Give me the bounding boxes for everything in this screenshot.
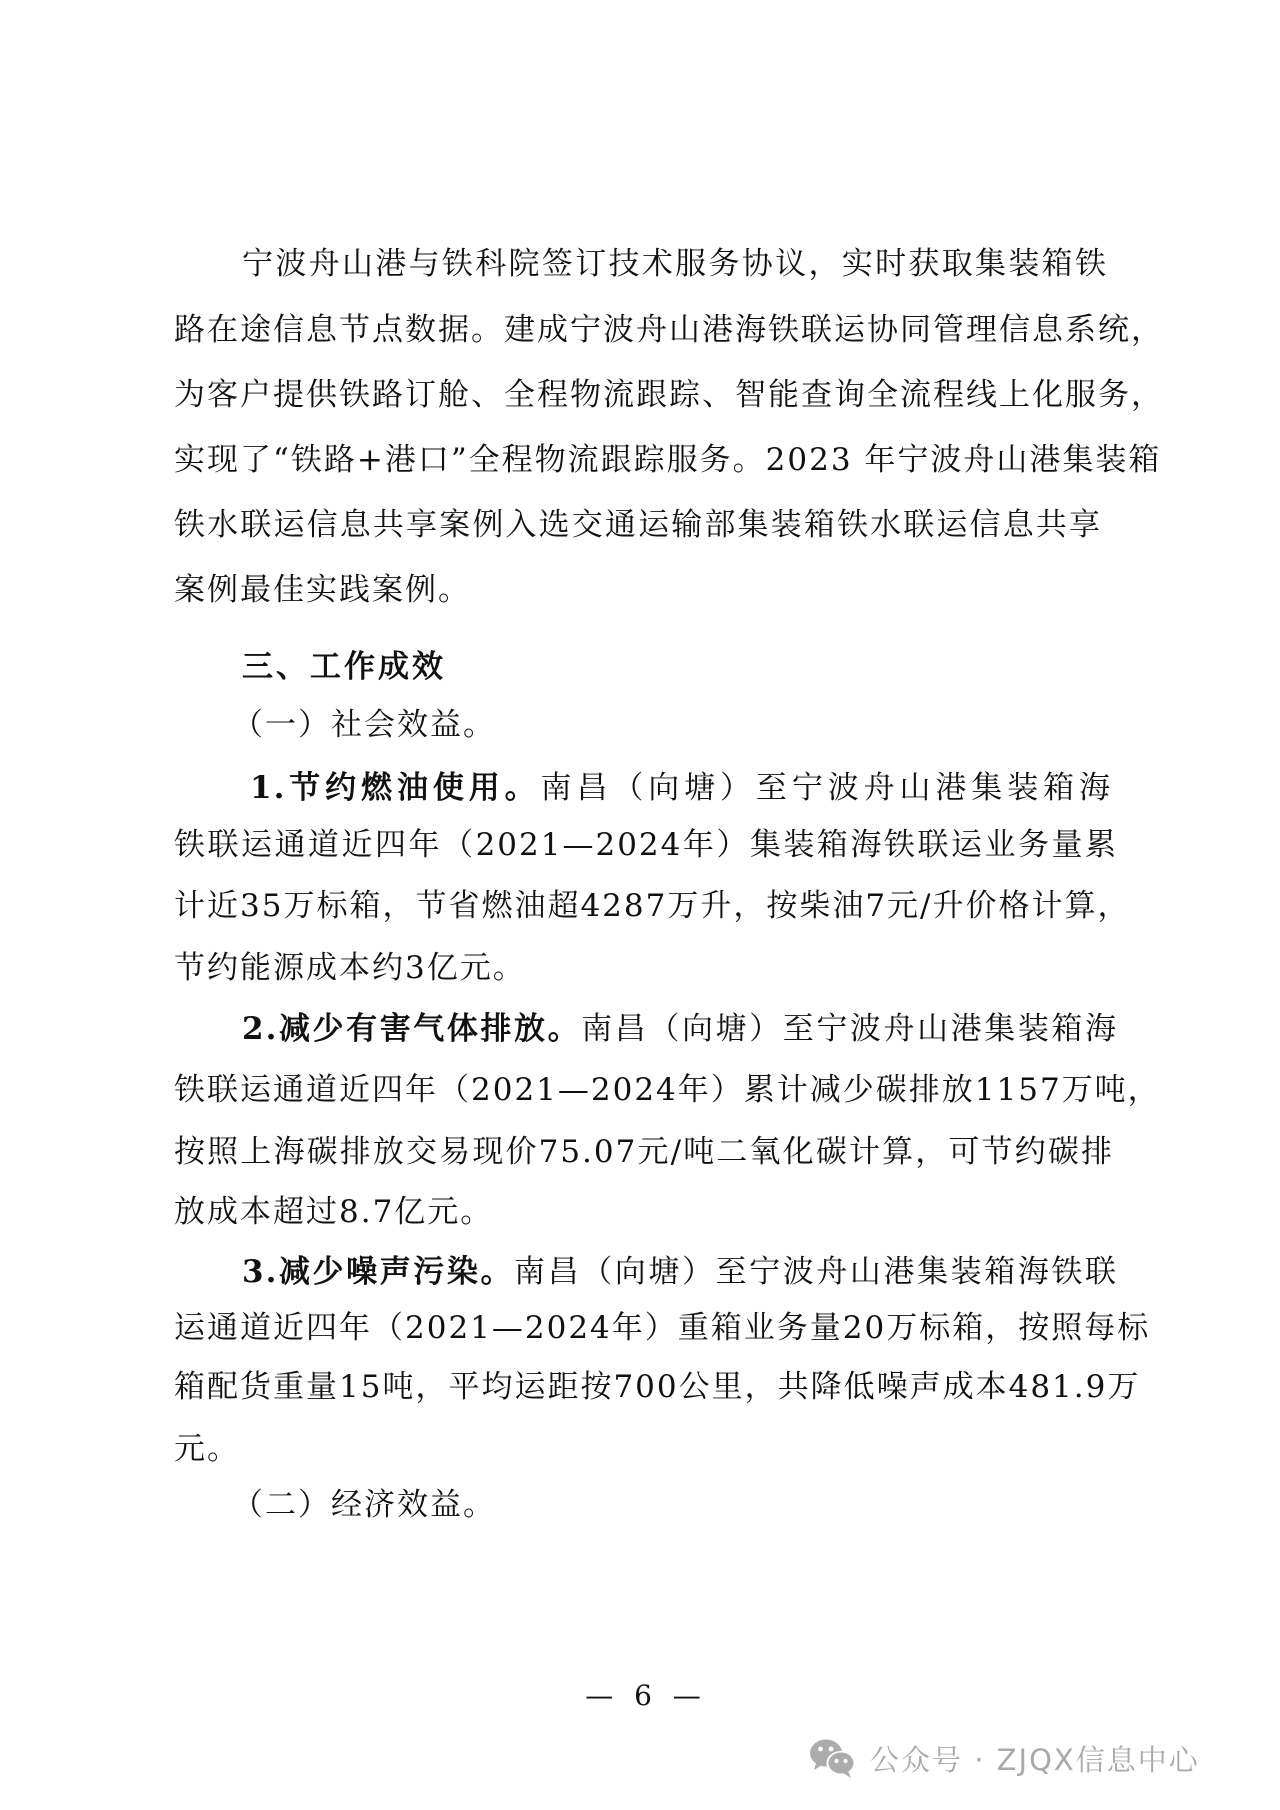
item-line: 按照上海碳排放交易现价75.07元/吨二氧化碳计算，可节约碳排: [174, 1132, 1114, 1172]
subsection-heading: （一）社会效益。: [232, 705, 1190, 745]
document-page: 宁波舟山港与铁科院签订技术服务协议，实时获取集装箱铁 路在途信息节点数据。建成宁…: [0, 0, 1280, 1810]
item-line: 元。: [174, 1429, 1132, 1469]
item-line: 铁联运通道近四年（2021—2024年）累计减少碳排放1157万吨，: [174, 1070, 1120, 1110]
item-first-line: 1.节约燃油使用。南昌（向塘）至宁波舟山港集装箱海: [250, 768, 1112, 808]
item-text: 南昌（向塘）至宁波舟山港集装箱海: [541, 770, 1112, 806]
paragraph-line: 为客户提供铁路订舱、全程物流跟踪、智能查询全流程线上化服务，: [174, 375, 1116, 415]
section-heading: 三、工作成效: [242, 647, 1108, 687]
item-title: 2.减少有害气体排放。: [242, 1011, 581, 1047]
item-text: 南昌（向塘）至宁波舟山港集装箱海铁联: [514, 1254, 1118, 1290]
watermark: 公众号 · ZJQX信息中心: [808, 1736, 1200, 1780]
watermark-text: 公众号 · ZJQX信息中心: [870, 1738, 1200, 1779]
item-line: 运通道近四年（2021—2024年）重箱业务量20万标箱，按照每标: [174, 1308, 1118, 1348]
item-first-line: 3.减少噪声污染。南昌（向塘）至宁波舟山港集装箱海铁联: [242, 1252, 1118, 1292]
page-number: — 6 —: [560, 1676, 732, 1716]
paragraph-line: 路在途信息节点数据。建成宁波舟山港海铁联运协同管理信息系统，: [174, 310, 1132, 350]
item-line: 节约能源成本约3亿元。: [174, 948, 1132, 988]
paragraph-line: 宁波舟山港与铁科院签订技术服务协议，实时获取集装箱铁: [242, 244, 1108, 284]
item-line: 箱配货重量15吨，平均运距按700公里，共降低噪声成本481.9万: [174, 1367, 1120, 1407]
item-line: 铁联运通道近四年（2021—2024年）集装箱海铁联运业务量累: [174, 825, 1118, 865]
item-title: 3.减少噪声污染。: [242, 1254, 514, 1290]
item-line: 放成本超过8.7亿元。: [174, 1192, 1132, 1232]
paragraph-line: 铁水联运信息共享案例入选交通运输部集装箱铁水联运信息共享: [174, 505, 1102, 545]
wechat-icon: [808, 1737, 858, 1779]
subsection-heading: （二）经济效益。: [232, 1485, 1190, 1525]
paragraph-line: 案例最佳实践案例。: [174, 570, 1132, 610]
item-title: 1.节约燃油使用。: [250, 770, 541, 806]
item-text: 南昌（向塘）至宁波舟山港集装箱海: [581, 1011, 1118, 1047]
paragraph-line: 实现了“铁路+港口”全程物流跟踪服务。2023 年宁波舟山港集装箱: [174, 440, 1118, 480]
item-first-line: 2.减少有害气体排放。南昌（向塘）至宁波舟山港集装箱海: [242, 1009, 1118, 1049]
item-line: 计近35万标箱，节省燃油超4287万升，按柴油7元/升价格计算，: [174, 886, 1102, 926]
